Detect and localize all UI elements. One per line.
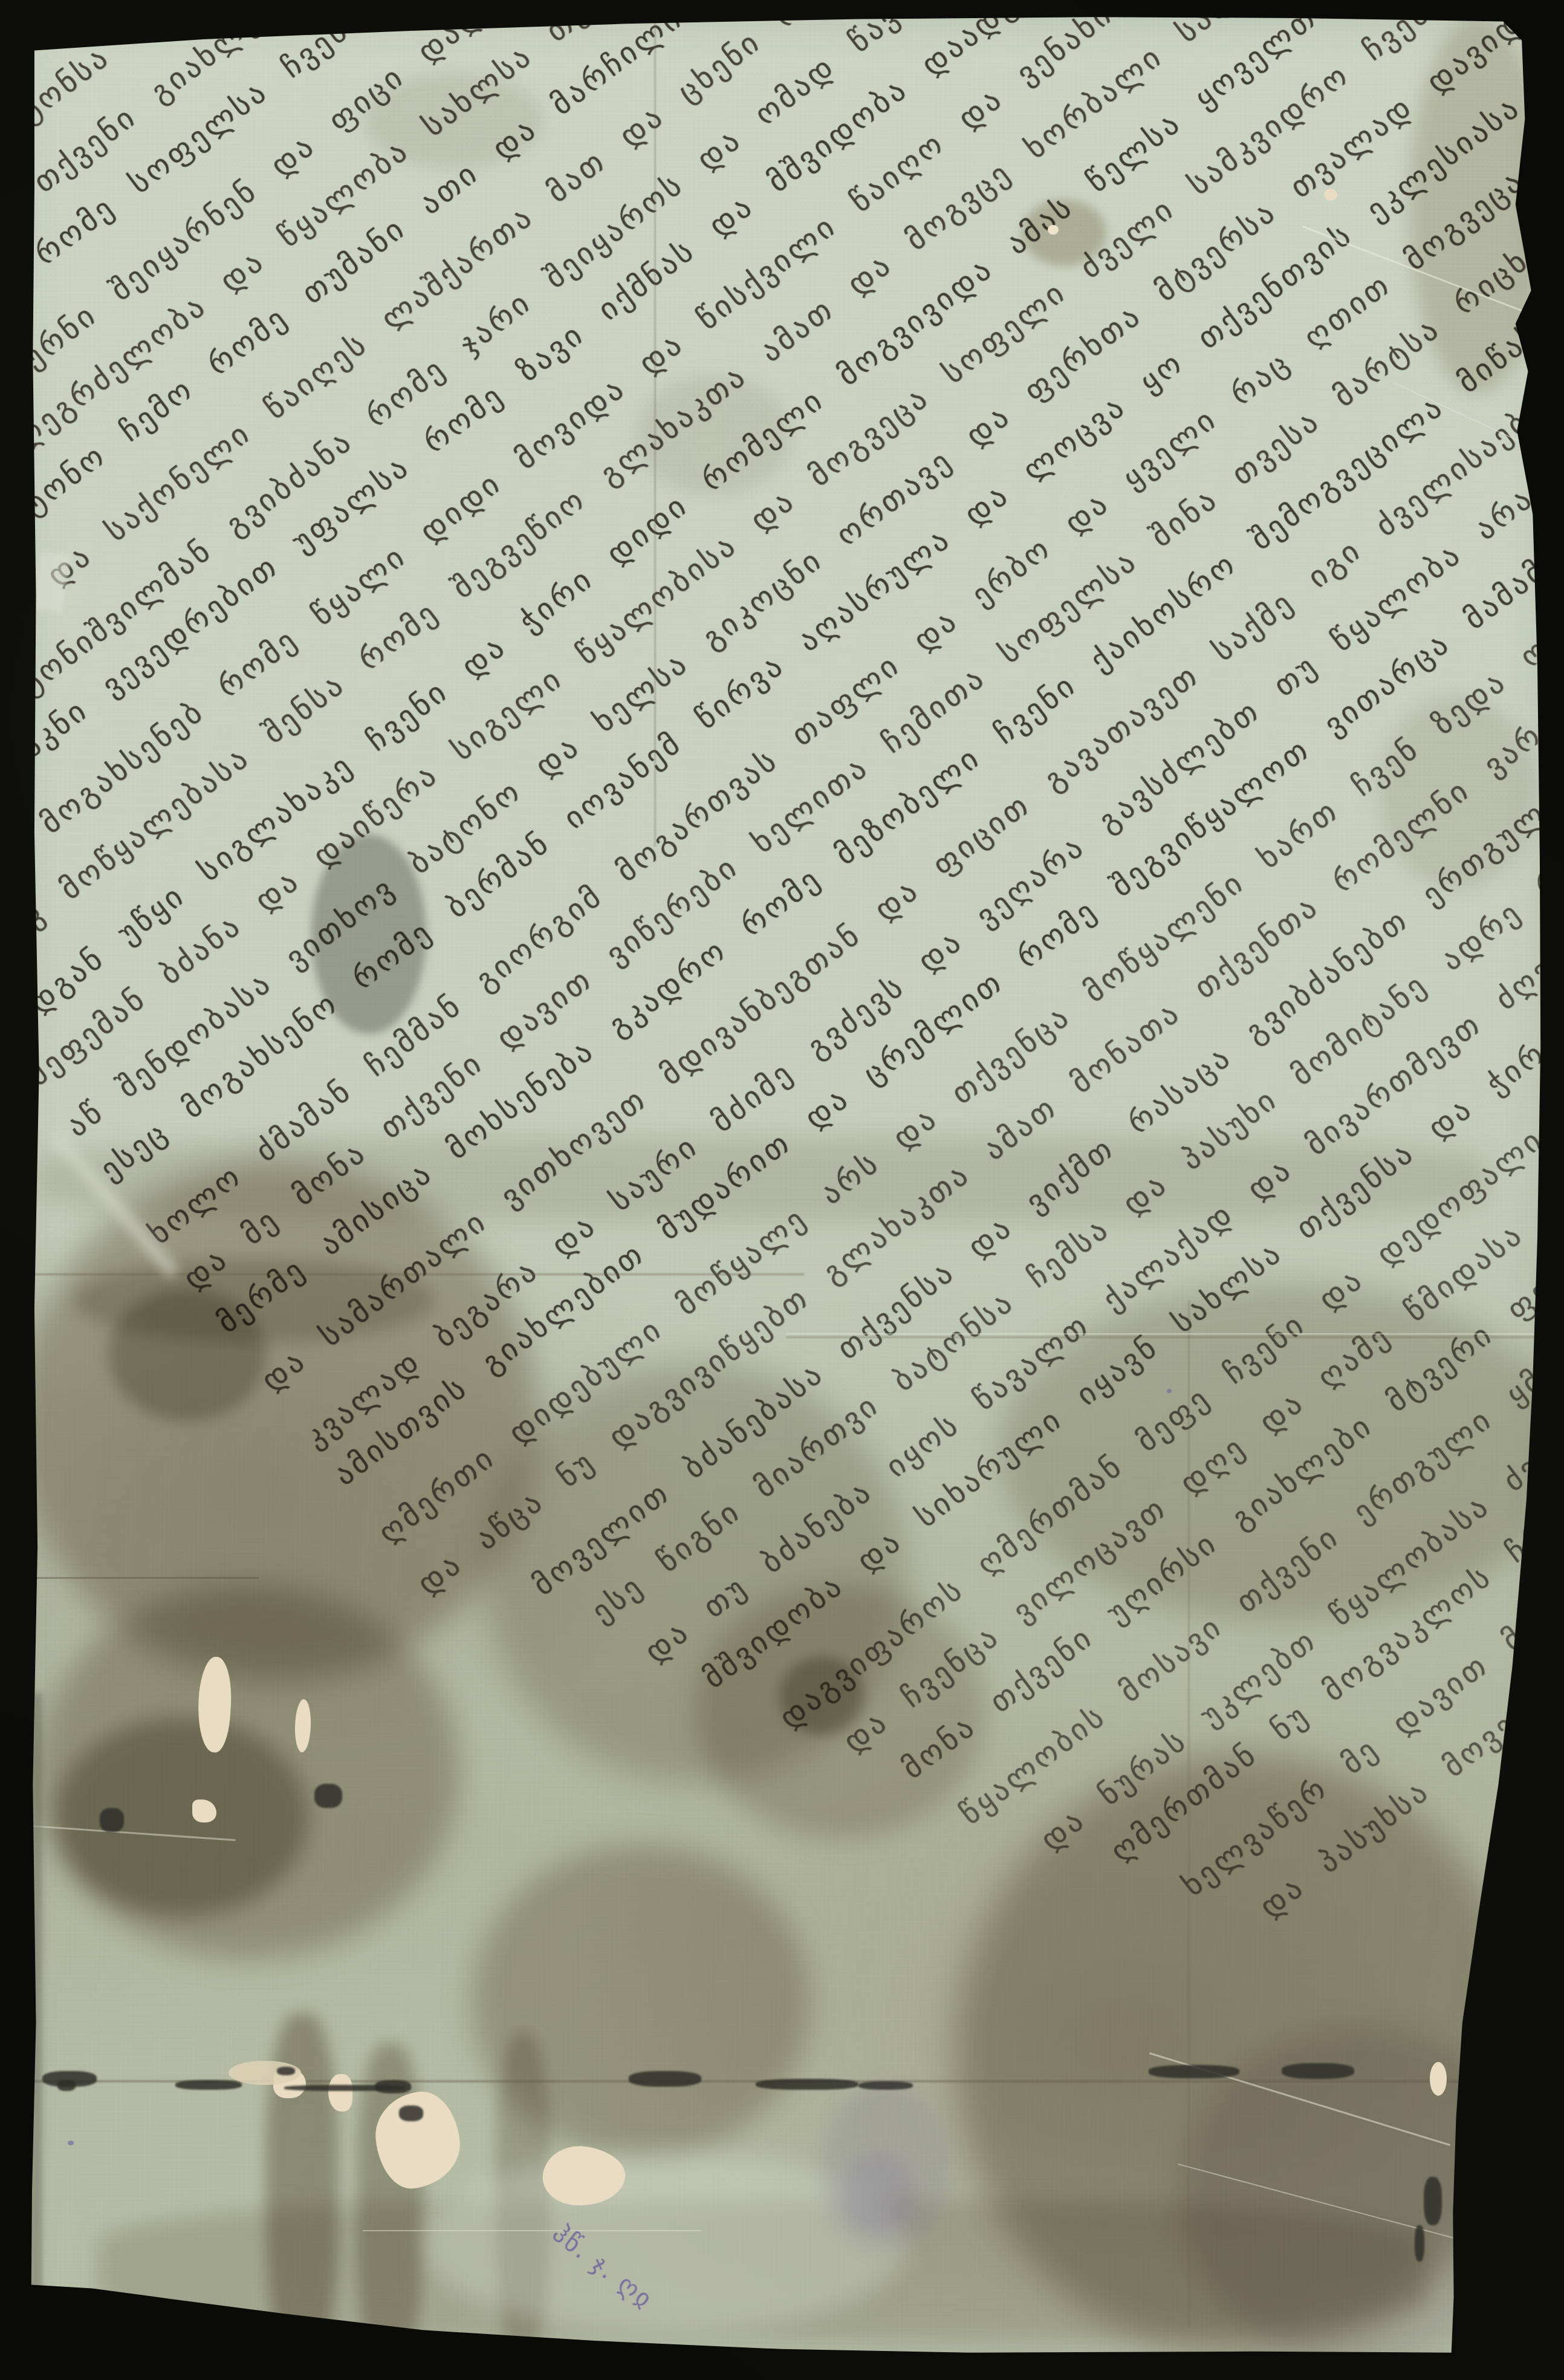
stain-bottom-right-purple	[1179, 2026, 1542, 2364]
left-edge-shadow	[29, 1693, 42, 2292]
charcoal-mark	[375, 2080, 411, 2093]
light-crease-left	[30, 1825, 235, 1841]
stain-streak-a	[266, 2014, 339, 2364]
bottom-fold-line	[24, 2080, 1463, 2082]
tear-mark	[100, 1808, 124, 1832]
loss-patch-fold-b	[328, 2074, 352, 2112]
violet-stamp-smudge-core	[843, 2153, 916, 2231]
charcoal-mark	[1149, 2065, 1239, 2078]
stain-bottom-left-dark	[54, 1717, 308, 1917]
handwriting-layer: ქ შენსა უღრმეს მოწყალესა ბატონსა ჩემსა დ…	[0, 0, 1564, 2223]
light-crease-bottom-center	[363, 2230, 701, 2231]
loss-patch-right-edge	[1430, 2062, 1447, 2096]
loss-patch-small	[192, 1800, 216, 1822]
charcoal-mark	[277, 2067, 295, 2075]
charcoal-mark	[1282, 2063, 1354, 2079]
loss-patch-sliver	[294, 1699, 311, 1753]
charcoal-mark	[399, 2105, 423, 2121]
loss-patch-fold-c	[229, 2061, 301, 2085]
manuscript-page: ქ შენსა უღრმეს მოწყალესა ბატონსა ჩემსა დ…	[0, 0, 1564, 2380]
charcoal-mark	[175, 2080, 242, 2090]
loss-patch-large	[371, 2088, 464, 2192]
stain-left-lower	[36, 1584, 459, 1959]
loss-patch-fold-a	[273, 2068, 306, 2098]
diagonal-crease-bottom-right-2	[1178, 2164, 1458, 2240]
charcoal-mark	[42, 2071, 97, 2087]
diagonal-crease-bottom-right	[1149, 2052, 1450, 2146]
charcoal-mark	[57, 2080, 76, 2091]
scanner-background: ქ შენსა უღრმეს მოწყალესა ბატონსა ჩემსა დ…	[0, 0, 1564, 2380]
charcoal-mark	[629, 2071, 701, 2087]
violet-speck	[1167, 1389, 1172, 1393]
short-crease-left	[29, 1577, 259, 1579]
archival-mark: ჰწ. ჯ. ღჲ	[547, 2218, 659, 2315]
stain-streak-b	[357, 2044, 423, 2370]
edge-crack-mark	[1415, 2225, 1424, 2261]
charcoal-mark	[284, 2085, 405, 2091]
stain-bottom-strip	[97, 2201, 1427, 2340]
edge-crack-mark	[1424, 2177, 1442, 2225]
violet-speck	[68, 2141, 74, 2145]
stain-streak-c	[496, 2032, 550, 2358]
tear-mark	[314, 1784, 342, 1808]
loss-patch-strip	[195, 1656, 235, 1753]
loss-patch-center	[540, 2143, 628, 2209]
